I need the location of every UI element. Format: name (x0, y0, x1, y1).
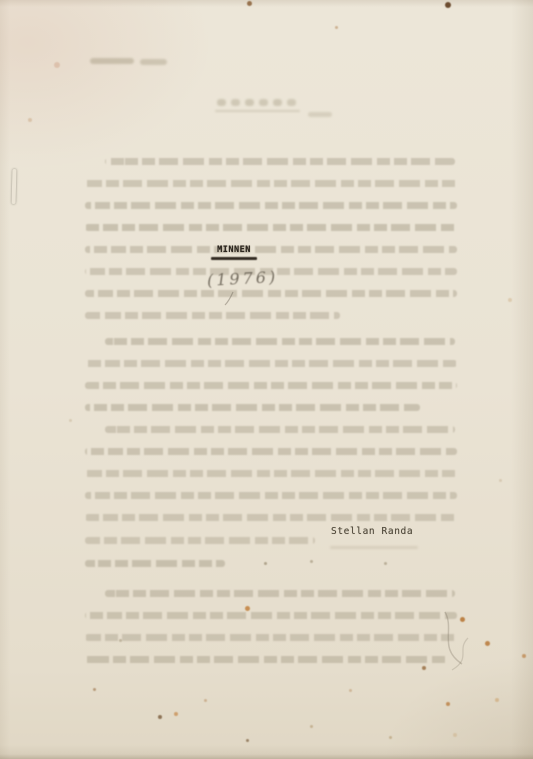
faded-text-line (85, 656, 447, 663)
faded-text-line (85, 514, 457, 521)
faint-mark (217, 99, 226, 106)
stamp-underline (211, 257, 257, 260)
foxing-spot (522, 654, 526, 658)
faded-text-line (85, 202, 457, 209)
faint-mark (90, 58, 134, 64)
faint-mark (231, 99, 240, 106)
foxing-spot (384, 562, 387, 565)
faint-mark (259, 99, 268, 106)
foxing-spot (247, 1, 252, 6)
faded-text-line (105, 338, 455, 345)
faint-mark (140, 59, 167, 65)
foxing-spot (310, 725, 313, 728)
faint-mark (308, 112, 332, 117)
author-name: Stellan Randa (331, 526, 413, 537)
faded-text-line (105, 590, 455, 597)
faded-text-line (85, 448, 457, 455)
faded-text-line (105, 158, 455, 165)
faint-mark (330, 546, 418, 549)
foxing-spot (174, 712, 178, 716)
faint-mark (287, 99, 296, 106)
faded-text-line (85, 224, 457, 231)
foxing-spot (69, 419, 72, 422)
foxing-spot (422, 666, 426, 670)
faded-text-line (85, 360, 457, 367)
foxing-spot (460, 617, 465, 622)
faded-text-line (85, 382, 457, 389)
faded-text-line (105, 426, 455, 433)
foxing-spot (119, 639, 122, 642)
foxing-spot (310, 560, 313, 563)
faint-mark (245, 99, 254, 106)
foxing-spot (446, 702, 450, 706)
faded-text-line (85, 470, 457, 477)
foxing-spot (349, 689, 352, 692)
foxing-spot (389, 736, 392, 739)
foxing-spot (158, 715, 162, 719)
faded-text-line (85, 612, 457, 619)
faded-text-line (85, 180, 457, 187)
staple (12, 169, 17, 204)
foxing-spot (485, 641, 490, 646)
scanned-page: MINNEN (1976) Stellan Randa (0, 0, 533, 759)
foxing-spot (335, 26, 338, 29)
stamp-title: MINNEN (210, 245, 258, 255)
faded-text-line (85, 537, 315, 544)
foxing-spot (28, 118, 32, 122)
foxing-spot (54, 62, 60, 68)
foxing-spot (453, 733, 457, 737)
faded-text-line (85, 404, 420, 411)
foxing-spot (499, 479, 502, 482)
faint-mark (215, 110, 300, 112)
faded-text-line (85, 492, 457, 499)
faint-mark (273, 99, 282, 106)
faded-text-line (85, 290, 457, 297)
faded-text-line (85, 634, 457, 641)
foxing-spot (264, 562, 267, 565)
pencil-scribble (0, 0, 533, 759)
foxing-spot (246, 739, 249, 742)
faded-text-line (85, 312, 340, 319)
handwritten-year: (1976) (207, 267, 279, 290)
foxing-spot (93, 688, 96, 691)
foxing-spot (445, 2, 451, 8)
foxing-spot (495, 698, 499, 702)
faded-text-line (85, 560, 225, 567)
foxing-spot (204, 699, 207, 702)
faded-text-line (85, 246, 457, 253)
foxing-spot (508, 298, 512, 302)
foxing-spot (245, 606, 250, 611)
